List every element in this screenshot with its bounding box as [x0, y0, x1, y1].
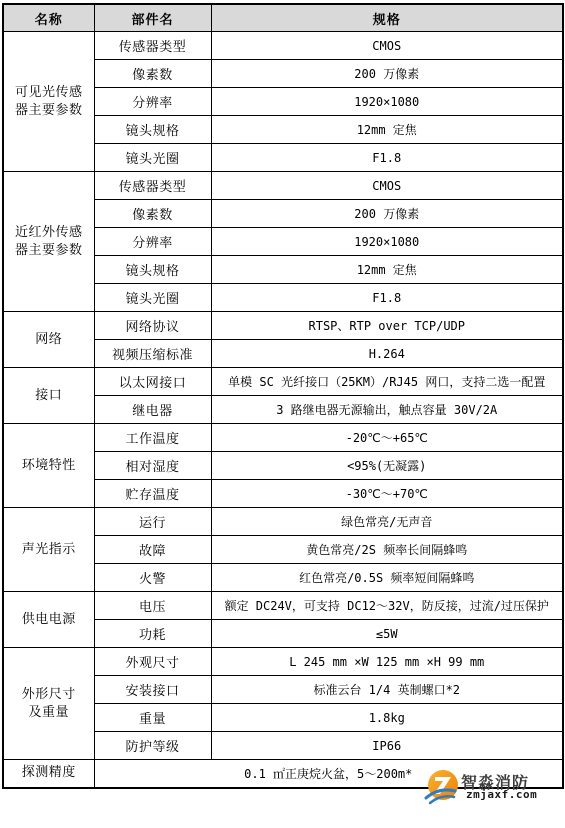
spec-value-cell: 12mm 定焦	[211, 256, 563, 284]
spec-value-cell: CMOS	[211, 172, 563, 200]
part-name-cell: 以太网接口	[94, 368, 211, 396]
part-name-cell: 防护等级	[94, 732, 211, 760]
header-name: 名称	[3, 4, 94, 32]
spec-value-cell: 红色常亮/0.5S 频率短间隔蜂鸣	[211, 564, 563, 592]
table-row: 外形尺寸 及重量外观尺寸L 245 mm ×W 125 mm ×H 99 mm	[3, 648, 563, 676]
spec-value-cell: 200 万像素	[211, 200, 563, 228]
part-name-cell: 贮存温度	[94, 480, 211, 508]
table-row: 近红外传感 器主要参数传感器类型CMOS	[3, 172, 563, 200]
part-name-cell: 像素数	[94, 200, 211, 228]
group-name-cell: 探测精度	[3, 760, 94, 788]
header-part: 部件名	[94, 4, 211, 32]
spec-sheet-page: 名称 部件名 规格 可见光传感 器主要参数传感器类型CMOS像素数200 万像素…	[0, 0, 565, 828]
table-row: 可见光传感 器主要参数传感器类型CMOS	[3, 32, 563, 60]
part-name-cell: 传感器类型	[94, 32, 211, 60]
group-name-cell: 环境特性	[3, 424, 94, 508]
spec-value-cell: H.264	[211, 340, 563, 368]
part-name-cell: 像素数	[94, 60, 211, 88]
spec-value-cell: 单模 SC 光纤接口（25KM）/RJ45 网口，支持二选一配置	[211, 368, 563, 396]
part-name-cell: 重量	[94, 704, 211, 732]
group-name-cell: 可见光传感 器主要参数	[3, 32, 94, 172]
header-spec: 规格	[211, 4, 563, 32]
brand-site: zmjaxf.com	[466, 788, 537, 801]
table-row: 声光指示运行绿色常亮/无声音	[3, 508, 563, 536]
part-name-cell: 传感器类型	[94, 172, 211, 200]
spec-value-cell: 标准云台 1/4 英制螺口*2	[211, 676, 563, 704]
part-name-cell: 运行	[94, 508, 211, 536]
table-row: 接口以太网接口单模 SC 光纤接口（25KM）/RJ45 网口，支持二选一配置	[3, 368, 563, 396]
part-name-cell: 外观尺寸	[94, 648, 211, 676]
spec-value-cell: 绿色常亮/无声音	[211, 508, 563, 536]
table-header-row: 名称 部件名 规格	[3, 4, 563, 32]
table-row: 供电电源电压额定 DC24V，可支持 DC12～32V，防反接，过流/过压保护	[3, 592, 563, 620]
spec-value-cell: RTSP、RTP over TCP/UDP	[211, 312, 563, 340]
spec-value-cell: 1.8kg	[211, 704, 563, 732]
group-name-cell: 网络	[3, 312, 94, 368]
group-name-cell: 外形尺寸 及重量	[3, 648, 94, 760]
spec-value-cell: 额定 DC24V，可支持 DC12～32V，防反接，过流/过压保护	[211, 592, 563, 620]
part-name-cell: 电压	[94, 592, 211, 620]
spec-value-cell: IP66	[211, 732, 563, 760]
part-name-cell: 镜头规格	[94, 256, 211, 284]
spec-table-body: 可见光传感 器主要参数传感器类型CMOS像素数200 万像素分辨率1920×10…	[3, 32, 563, 788]
group-name-cell: 声光指示	[3, 508, 94, 592]
spec-value-cell: 1920×1080	[211, 88, 563, 116]
part-name-cell: 安装接口	[94, 676, 211, 704]
group-name-cell: 近红外传感 器主要参数	[3, 172, 94, 312]
spec-value-cell: CMOS	[211, 32, 563, 60]
spec-value-cell: 3 路继电器无源输出，触点容量 30V/2A	[211, 396, 563, 424]
part-name-cell: 分辨率	[94, 228, 211, 256]
part-name-cell: 火警	[94, 564, 211, 592]
spec-value-cell: -20℃～+65℃	[211, 424, 563, 452]
spec-value-cell: 1920×1080	[211, 228, 563, 256]
part-name-cell: 镜头光圈	[94, 144, 211, 172]
part-name-cell: 镜头规格	[94, 116, 211, 144]
spec-value-cell: ≤5W	[211, 620, 563, 648]
group-name-cell: 供电电源	[3, 592, 94, 648]
spec-value-cell: L 245 mm ×W 125 mm ×H 99 mm	[211, 648, 563, 676]
spec-table: 名称 部件名 规格 可见光传感 器主要参数传感器类型CMOS像素数200 万像素…	[2, 3, 564, 789]
table-row: 网络网络协议RTSP、RTP over TCP/UDP	[3, 312, 563, 340]
part-name-cell: 分辨率	[94, 88, 211, 116]
spec-value-cell: -30℃～+70℃	[211, 480, 563, 508]
brand-logo-icon	[424, 768, 460, 808]
group-name-cell: 接口	[3, 368, 94, 424]
part-name-cell: 视频压缩标准	[94, 340, 211, 368]
part-name-cell: 功耗	[94, 620, 211, 648]
part-name-cell: 镜头光圈	[94, 284, 211, 312]
part-name-cell: 故障	[94, 536, 211, 564]
part-name-cell: 相对湿度	[94, 452, 211, 480]
spec-value-cell: <95%(无凝露)	[211, 452, 563, 480]
watermark: 智淼消防 zmjaxf.com	[424, 767, 564, 811]
part-name-cell: 继电器	[94, 396, 211, 424]
table-row: 环境特性工作温度-20℃～+65℃	[3, 424, 563, 452]
spec-value-cell: 12mm 定焦	[211, 116, 563, 144]
part-name-cell: 工作温度	[94, 424, 211, 452]
part-name-cell: 网络协议	[94, 312, 211, 340]
spec-value-cell: F1.8	[211, 284, 563, 312]
spec-value-cell: 200 万像素	[211, 60, 563, 88]
spec-value-cell: F1.8	[211, 144, 563, 172]
spec-value-cell: 黄色常亮/2S 频率长间隔蜂鸣	[211, 536, 563, 564]
